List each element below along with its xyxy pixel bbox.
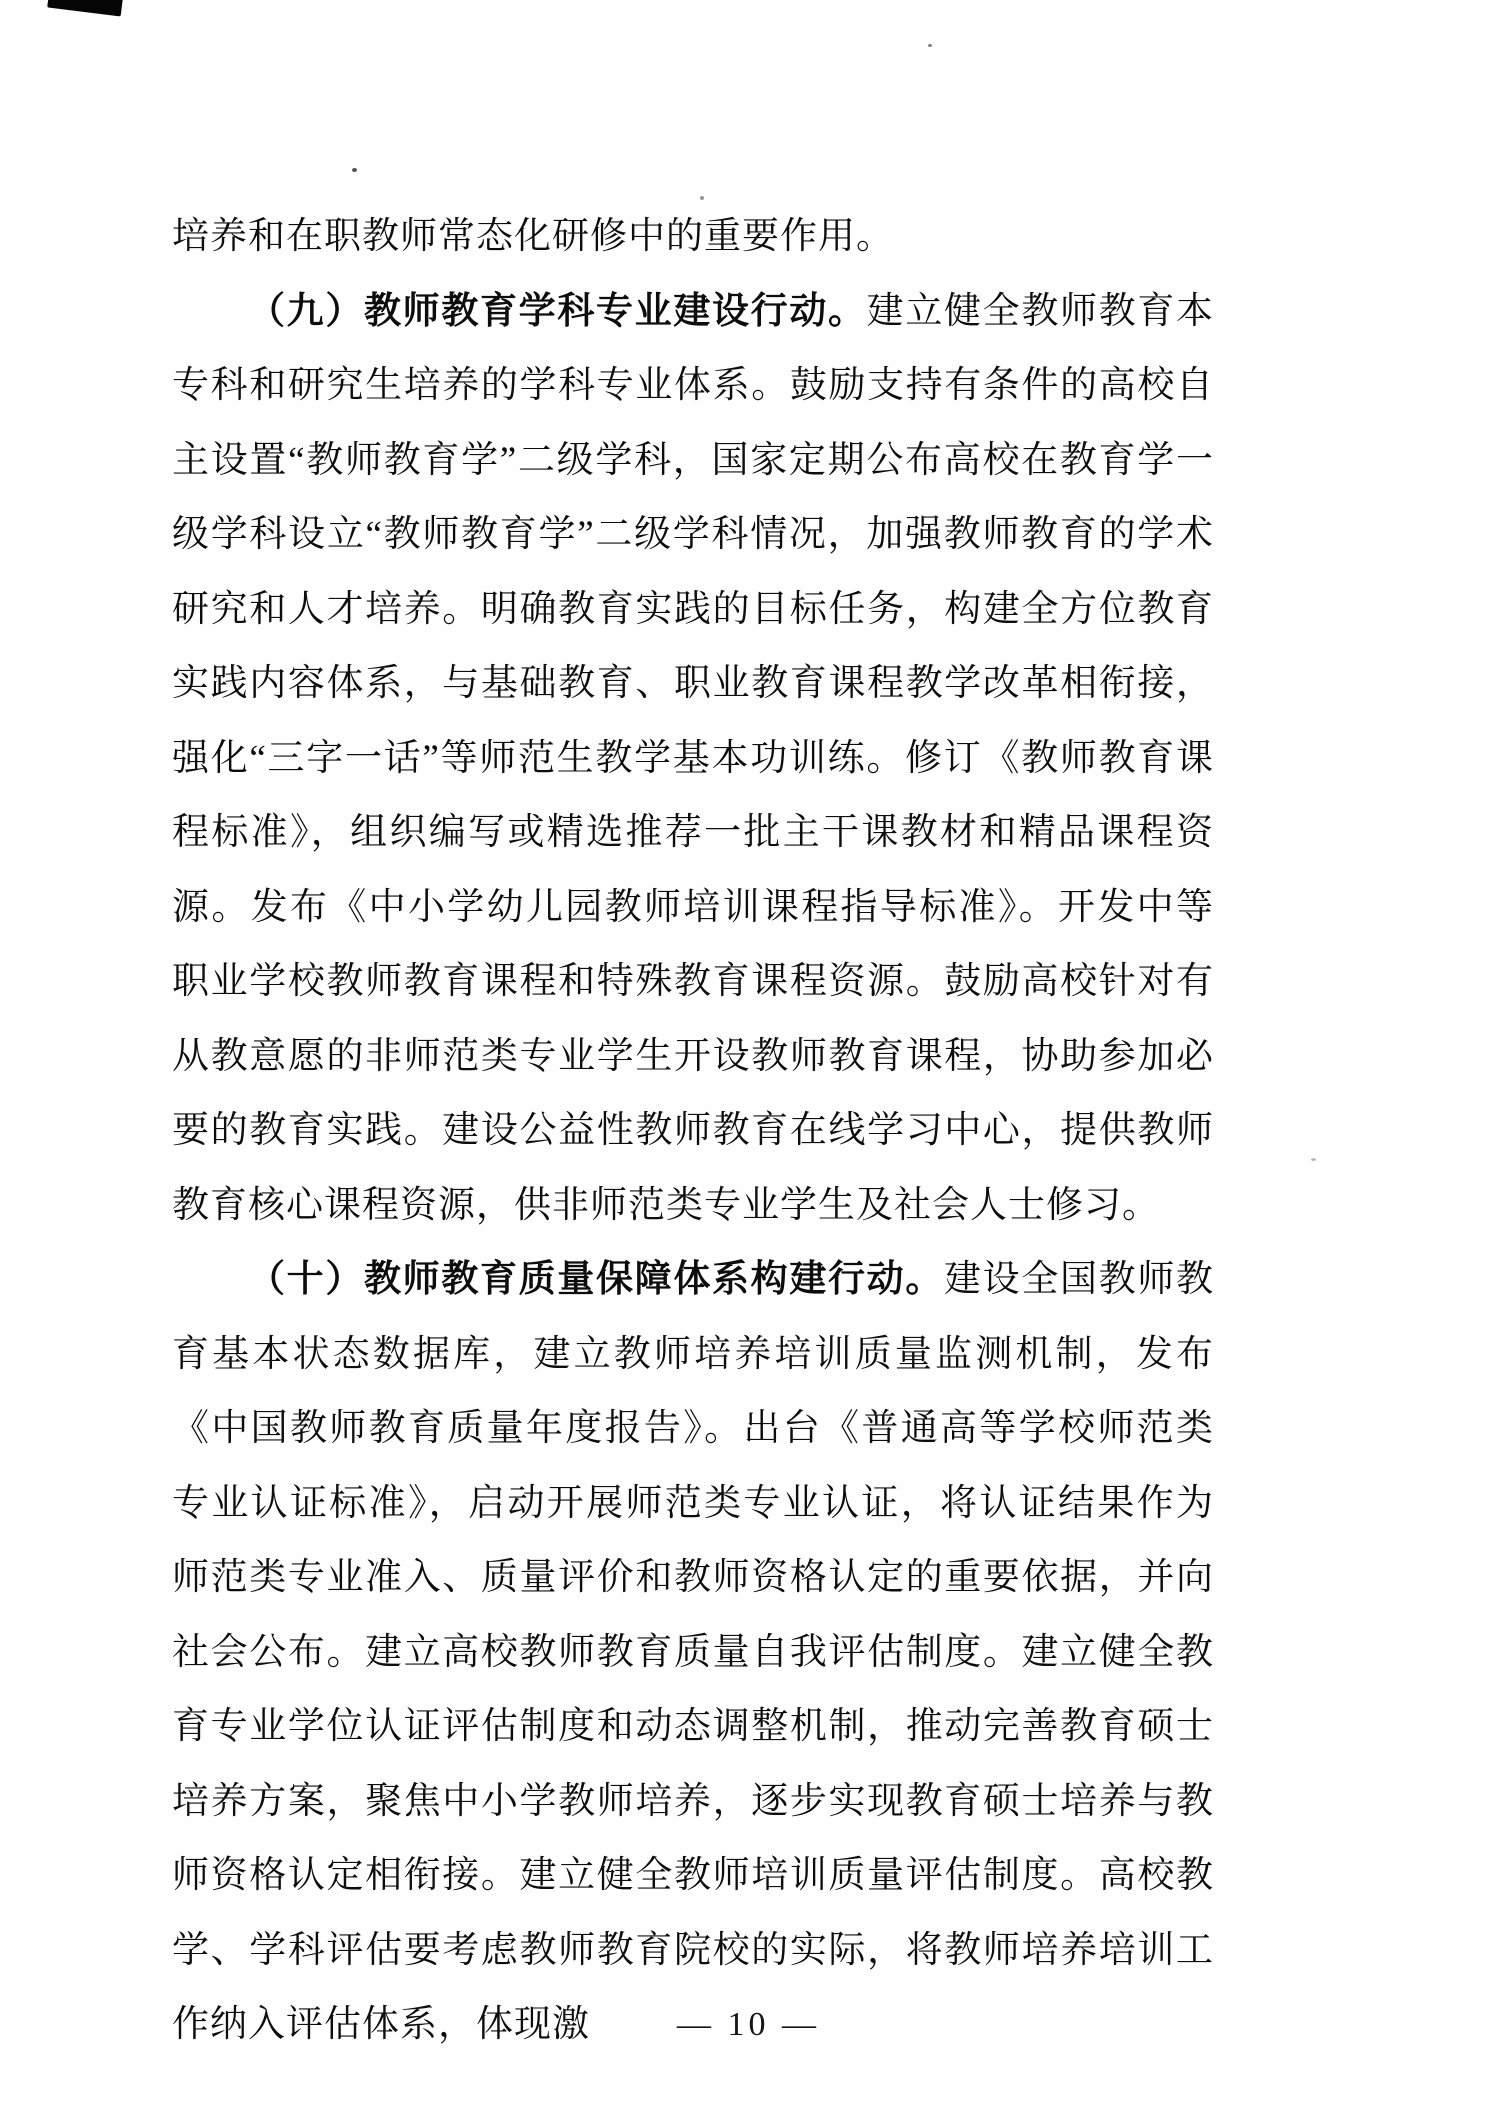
paragraph-continuation: 培养和在职教师常态化研修中的重要作用。 xyxy=(172,200,1214,275)
paragraph-action-ten: （十）教师教育质量保障体系构建行动。建设全国教师教育基本状态数据库，建立教师培养… xyxy=(172,1243,1214,2063)
scanned-document-page: 培养和在职教师常态化研修中的重要作用。 （九）教师教育学科专业建设行动。建立健全… xyxy=(0,0,1497,2104)
document-body: 培养和在职教师常态化研修中的重要作用。 （九）教师教育学科专业建设行动。建立健全… xyxy=(172,200,1214,2063)
body-text: 培养和在职教师常态化研修中的重要作用。 xyxy=(172,216,894,257)
page-number-label: — 10 — xyxy=(677,2006,820,2043)
body-text: 建设全国教师教育基本状态数据库，建立教师培养培训质量监测机制，发布《中国教师教育… xyxy=(172,1259,1214,2045)
page-number: — 10 — xyxy=(0,2006,1497,2044)
scan-speck xyxy=(928,44,932,47)
section-heading-ten: （十）教师教育质量保障体系构建行动。 xyxy=(248,1259,944,1300)
scan-speck xyxy=(1311,1158,1316,1161)
body-text: 建立健全教师教育本专科和研究生培养的学科专业体系。鼓励支持有条件的高校自主设置“… xyxy=(172,291,1214,1226)
section-heading-nine: （九）教师教育学科专业建设行动。 xyxy=(248,291,867,332)
paragraph-action-nine: （九）教师教育学科专业建设行动。建立健全教师教育本专科和研究生培养的学科专业体系… xyxy=(172,275,1214,1244)
scan-corner-artifact xyxy=(47,0,123,16)
scan-speck xyxy=(352,168,357,172)
